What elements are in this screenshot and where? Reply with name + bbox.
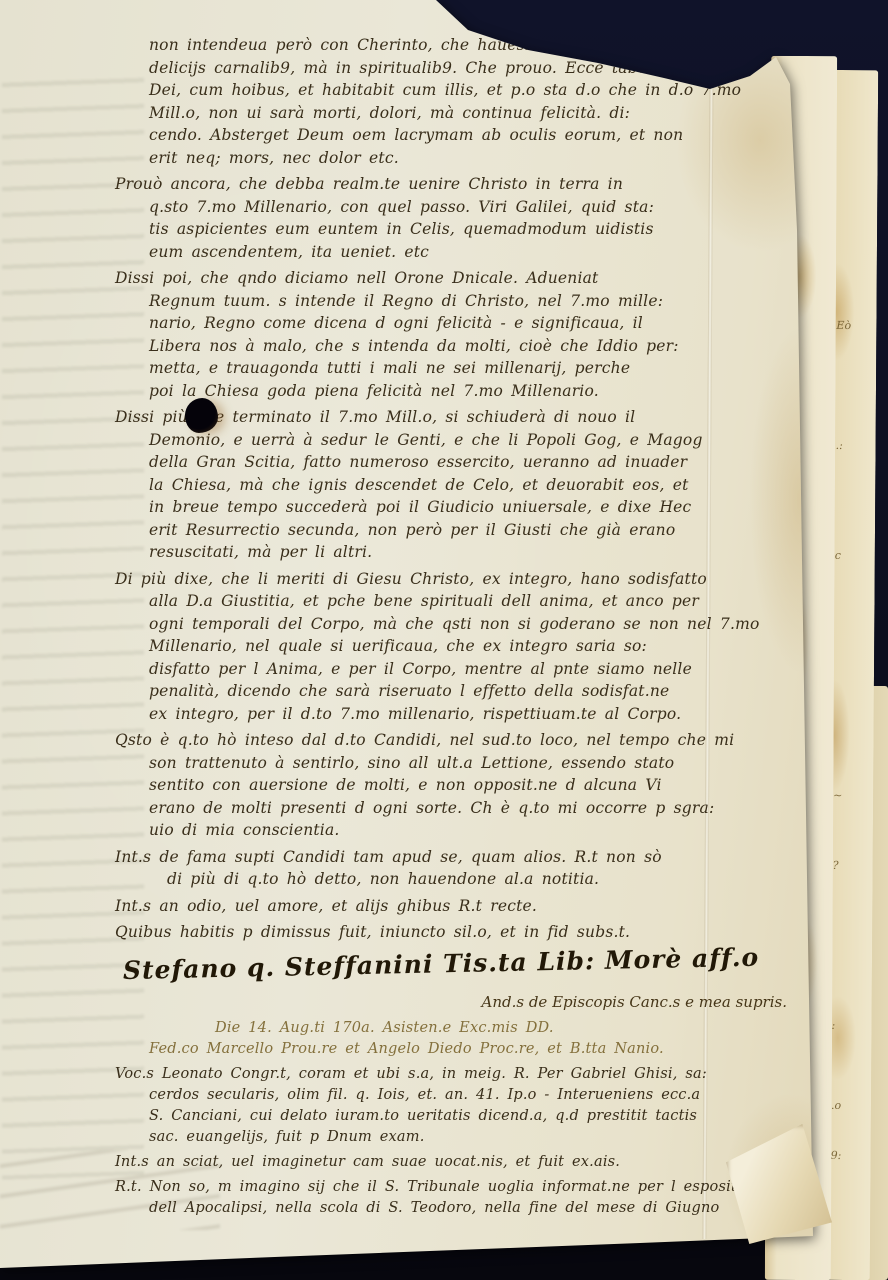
manuscript-line: S. Canciani, cui delato iuram.to ueritat… [115, 1106, 793, 1127]
manuscript-line: metta, e trauagonda tutti i mali ne sei … [115, 357, 793, 380]
manuscript-line: q.sto 7.mo Millenario, con quel passo. V… [115, 196, 793, 219]
photo-background: Eò.:c~?:.o9: non intendeua però con Cher… [0, 0, 888, 1280]
manuscript-line: dell Apocalipsi, nella scola di S. Teodo… [115, 1198, 793, 1219]
manuscript-line: Fed.co Marcello Prou.re et Angelo Diedo … [115, 1039, 793, 1060]
manuscript-line: Di più dixe, che li meriti di Giesu Chri… [115, 568, 793, 591]
manuscript-line: la Chiesa, mà che ignis descendet de Cel… [115, 474, 793, 497]
manuscript-line: ex integro, per il d.to 7.mo millenario,… [115, 703, 793, 726]
manuscript-page: non intendeua però con Cherinto, che hau… [0, 0, 888, 1280]
manuscript-line: Libera nos à malo, che s intenda da molt… [115, 335, 793, 358]
manuscript-line: Demonio, e uerrà à sedur le Genti, e che… [115, 429, 793, 452]
manuscript-line: disfatto per l Anima, e per il Corpo, me… [115, 658, 793, 681]
manuscript-line: Mill.o, non ui sarà morti, dolori, mà co… [115, 102, 793, 125]
manuscript-line: Dei, cum hoibus, et habitabit cum illis,… [115, 79, 793, 102]
manuscript-line: erano de molti presenti d ogni sorte. Ch… [115, 797, 793, 820]
manuscript-line: uio di mia conscientia. [115, 819, 793, 842]
manuscript-line: Voc.s Leonato Congr.t, coram et ubi s.a,… [115, 1064, 793, 1085]
manuscript-line: non intendeua però con Cherinto, che hau… [115, 34, 793, 57]
manuscript-line: Die 14. Aug.ti 170a. Asisten.e Exc.mis D… [115, 1018, 793, 1039]
manuscript-line: ogni temporali del Corpo, mà che qsti no… [115, 613, 793, 636]
manuscript-line: Dissi poi, che qndo diciamo nell Orone D… [115, 267, 793, 290]
manuscript-line: Regnum tuum. s intende il Regno di Chris… [115, 290, 793, 313]
signature-line: Stefano q. Steffanini Tis.ta Lib: Morè a… [123, 939, 794, 987]
manuscript-line: penalità, dicendo che sarà riseruato l e… [115, 680, 793, 703]
manuscript-line: Int.s an sciat, uel imaginetur cam suae … [115, 1152, 793, 1173]
manuscript-line: nario, Regno come dicena d ogni felicità… [115, 312, 793, 335]
manuscript-line: poi la Chiesa goda piena felicità nel 7.… [115, 380, 793, 403]
manuscript-line: cerdos secularis, olim fil. q. Iois, et.… [115, 1085, 793, 1106]
manuscript-line: in breue tempo succederà poi il Giudicio… [115, 496, 793, 519]
manuscript-line: R.t. Non so, m imagino sij che il S. Tri… [115, 1177, 793, 1198]
manuscript-line: erit Resurrectio secunda, non però per i… [115, 519, 793, 542]
manuscript-line: resuscitati, mà per li altri. [115, 541, 793, 564]
manuscript-line: son trattenuto à sentirlo, sino all ult.… [115, 752, 793, 775]
manuscript-line: Millenario, nel quale si uerificaua, che… [115, 635, 793, 658]
manuscript-line: sentito con auersione de molti, e non op… [115, 774, 793, 797]
manuscript-line: sac. euangelijs, fuit p Dnum exam. [115, 1127, 793, 1148]
manuscript-text: non intendeua però con Cherinto, che hau… [115, 34, 793, 1219]
manuscript-line: eum ascendentem, ita ueniet. etc [115, 241, 793, 264]
manuscript-line: alla D.a Giustitia, et pche bene spiritu… [115, 590, 793, 613]
manuscript-line: Int.s an odio, uel amore, et alijs ghibu… [115, 895, 793, 918]
manuscript-line: Qsto è q.to hò inteso dal d.to Candidi, … [115, 729, 793, 752]
manuscript-line: Quibus habitis p dimissus fuit, iniuncto… [115, 921, 793, 944]
manuscript-line: tis aspicientes eum euntem in Celis, que… [115, 218, 793, 241]
manuscript-line: della Gran Scitia, fatto numeroso esserc… [115, 451, 793, 474]
manuscript-line: erit neq; mors, nec dolor etc. [115, 147, 793, 170]
manuscript-line: Prouò ancora, che debba realm.te uenire … [115, 173, 793, 196]
manuscript-line: di più di q.to hò detto, non hauendone a… [115, 868, 793, 891]
ink-blot [185, 398, 218, 433]
manuscript-line: Int.s de fama supti Candidi tam apud se,… [115, 846, 793, 869]
session-record: Die 14. Aug.ti 170a. Asisten.e Exc.mis D… [115, 1018, 793, 1219]
manuscript-line: delicijs carnalib9, mà in spiritualib9. … [115, 57, 793, 80]
notary-subscription: And.s de Episcopis Canc.s e mea supris. [115, 992, 793, 1012]
deposition-body: non intendeua però con Cherinto, che hau… [115, 34, 793, 944]
manuscript-line: cendo. Absterget Deum oem lacrymam ab oc… [115, 124, 793, 147]
